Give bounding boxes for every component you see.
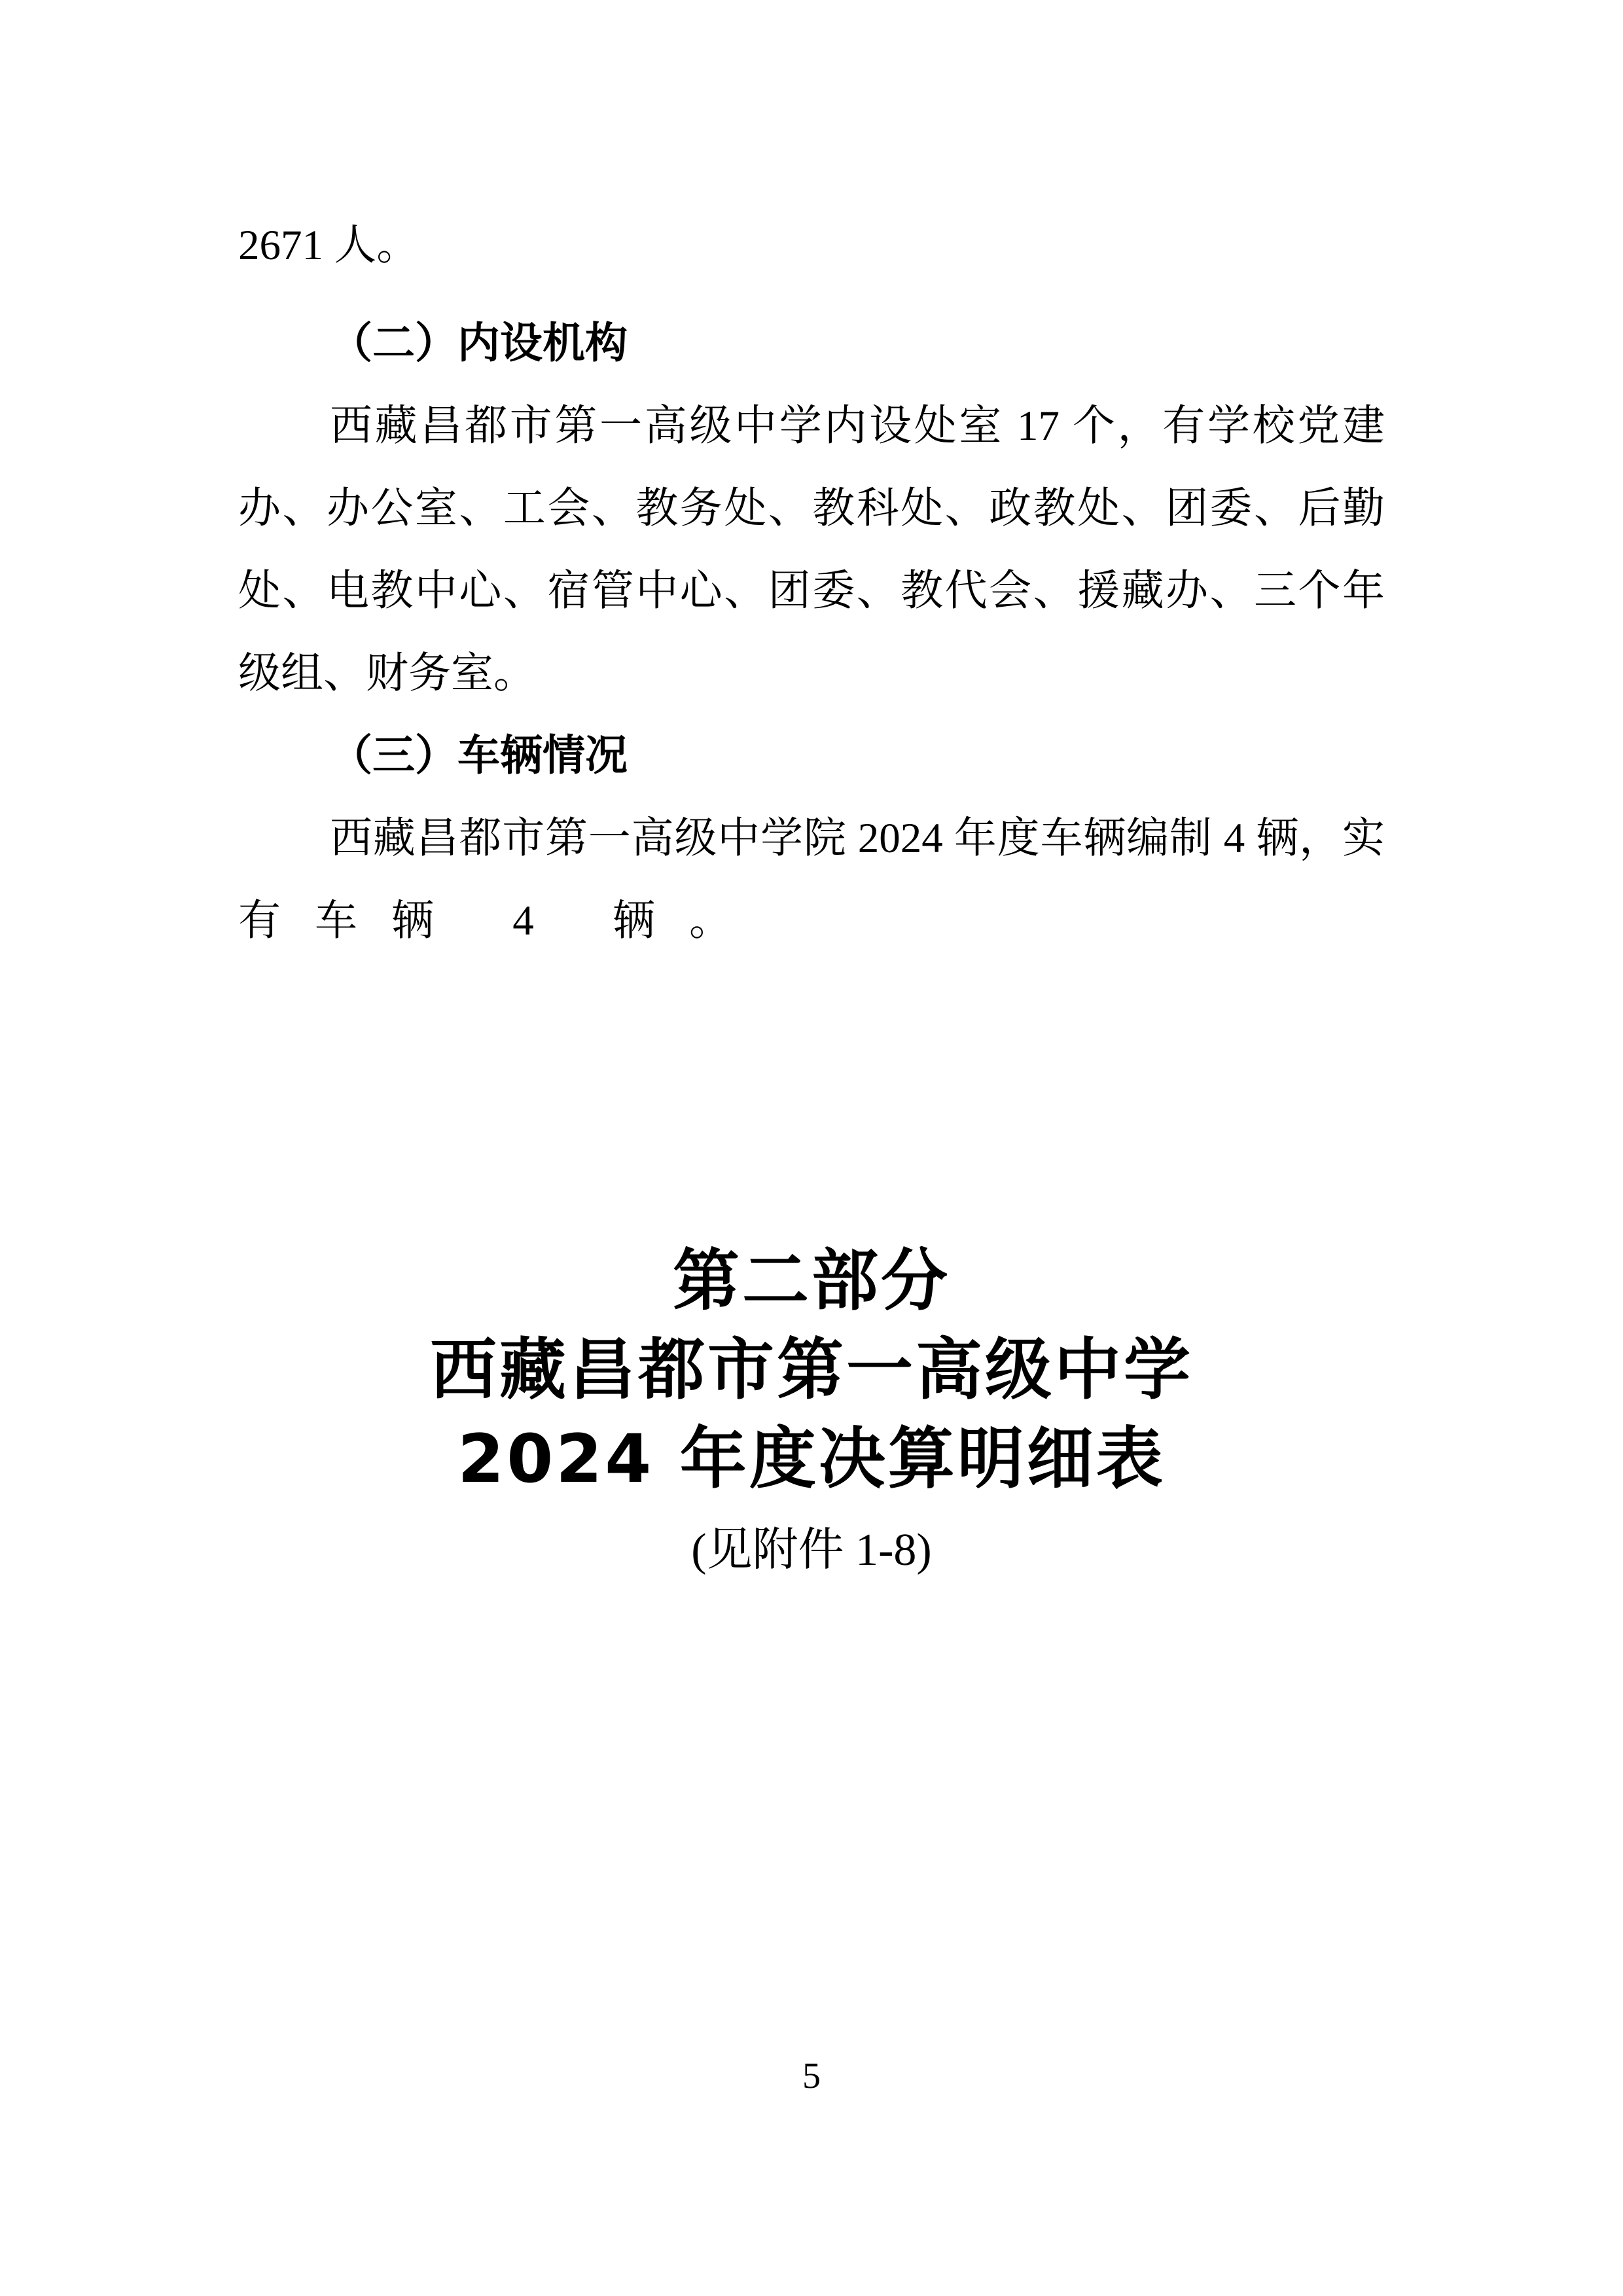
page-content: 2671 人。 （二）内设机构 西藏昌都市第一高级中学内设处室 17 个，有学校…: [0, 0, 1623, 962]
section3-paragraph-line: 有车辆 4 辆。: [238, 880, 1385, 962]
section2-paragraph-line: 处、电教中心、宿管中心、团委、教代会、援藏办、三个年: [238, 550, 1385, 632]
section2-paragraph-line: 级组、财务室。: [238, 632, 1385, 715]
paragraph-continuation-line: 2671 人。: [238, 204, 1385, 287]
section2-paragraph-line: 办、办公室、工会、教务处、教科处、政教处、团委、后勤: [238, 467, 1385, 550]
part2-title-block: 第二部分 西藏昌都市第一高级中学 2024 年度决算明细表 (见附件 1-8): [0, 1237, 1623, 1593]
page-number: 5: [0, 2056, 1623, 2096]
section3-paragraph-line: 西藏昌都市第一高级中学院 2024 年度车辆编制 4 辆，实: [238, 797, 1385, 880]
section-heading-internal-organs: （二）内设机构: [238, 302, 1385, 385]
part-number-title: 第二部分: [0, 1237, 1623, 1326]
section-heading-vehicles: （三）车辆情况: [238, 715, 1385, 797]
organization-name-title: 西藏昌都市第一高级中学: [0, 1326, 1623, 1415]
document-page: 2671 人。 （二）内设机构 西藏昌都市第一高级中学内设处室 17 个，有学校…: [0, 0, 1623, 2296]
section2-paragraph-line: 西藏昌都市第一高级中学内设处室 17 个，有学校党建: [238, 385, 1385, 467]
attachment-note: (见附件 1-8): [0, 1508, 1623, 1593]
report-name-title: 2024 年度决算明细表: [0, 1415, 1623, 1504]
